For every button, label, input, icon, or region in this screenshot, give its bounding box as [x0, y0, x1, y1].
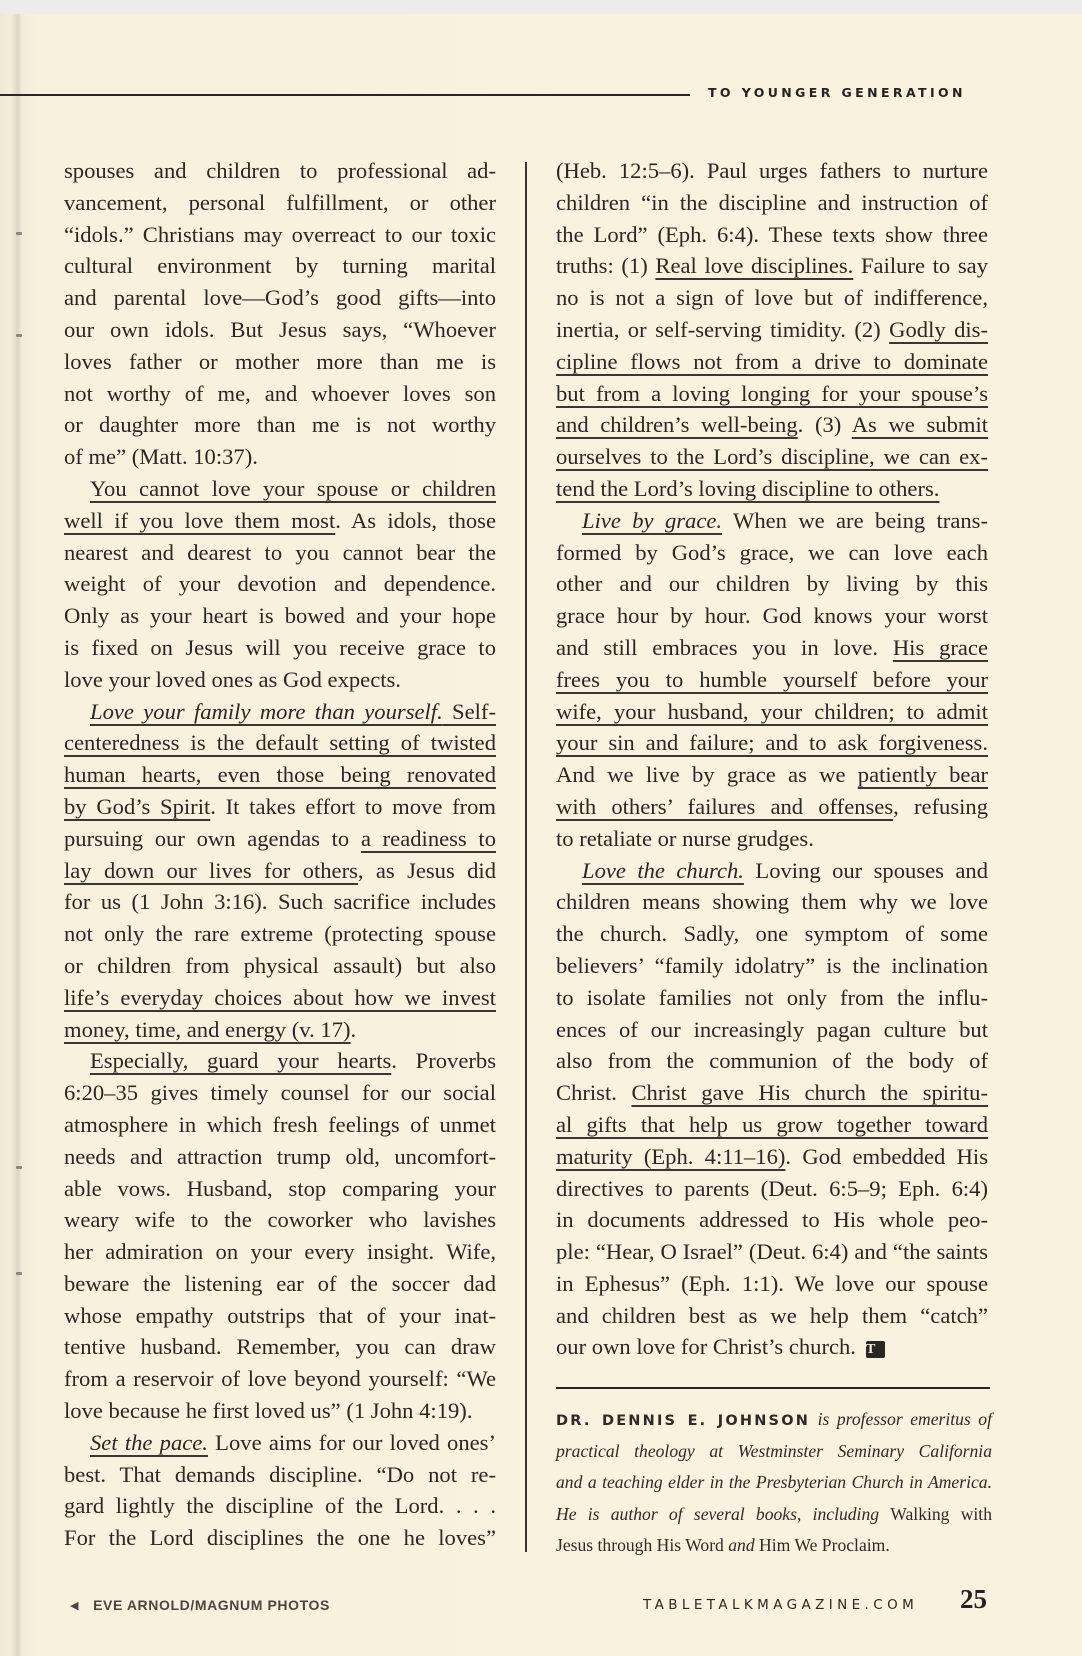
text-line: and still embraces you in love. His grac…	[556, 632, 988, 664]
text-line: formed by God’s grace, we can love each	[556, 537, 988, 569]
text-line: pursuing our own agendas to a readiness …	[64, 823, 496, 855]
right-column: (Heb. 12:5–6). Paul urges fathers to nur…	[556, 155, 988, 1363]
underlined-text: ourselves to the Lord’s discipline, we c…	[556, 444, 988, 469]
text-line: For the Lord disciplines the one he love…	[64, 1522, 496, 1554]
text-line: is fixed on Jesus will you receive grace…	[64, 632, 496, 664]
text-run: truths: (1)	[556, 253, 655, 278]
text-line: And we live by grace as we patiently bea…	[556, 759, 988, 791]
text-line: her admiration on your every insight. Wi…	[64, 1236, 496, 1268]
text-line: children “in the discipline and instruct…	[556, 187, 988, 219]
underlined-text: maturity (Eph. 4:11–16)	[556, 1144, 785, 1169]
text-line: weary wife to the coworker who lavishes	[64, 1204, 496, 1236]
text-line: believers’ “family idolatry” is the incl…	[556, 950, 988, 982]
underlined-text: tend the Lord’s loving discipline to oth…	[556, 476, 939, 501]
text-line: able vows. Husband, stop comparing your	[64, 1173, 496, 1205]
paragraph: (Heb. 12:5–6). Paul urges fathers to nur…	[556, 155, 988, 505]
underlined-text: frees you to humble yourself before your	[556, 667, 988, 692]
photo-credit: ◀EVE ARNOLD/MAGNUM PHOTOS	[70, 1597, 330, 1613]
subhead-lead: Set the pace.	[90, 1430, 208, 1455]
text-line: or daughter more than me is not worthy	[64, 409, 496, 441]
text-line: He is author of several books, including…	[556, 1499, 992, 1531]
text-line: vancement, personal fulfillment, or othe…	[64, 187, 496, 219]
paragraph: Especially, guard your hearts. Proverbs …	[64, 1045, 496, 1427]
paragraph: Love your family more than yourself. Sel…	[64, 696, 496, 1046]
text-line: human hearts, even those being renovated	[64, 759, 496, 791]
text-run: . Proverbs	[391, 1048, 496, 1073]
text-line: from a reservoir of love beyond yourself…	[64, 1363, 496, 1395]
text-run: .	[351, 1017, 357, 1042]
header-rule	[0, 94, 690, 96]
text-line: in documents addressed to His whole peo-	[556, 1204, 988, 1236]
text-line: but from a loving longing for your spous…	[556, 378, 988, 410]
underlined-text: well if you love them most	[64, 508, 335, 533]
text-run: Loving our spouses and	[744, 858, 988, 883]
text-run: pursuing our own agendas to	[64, 826, 361, 851]
book-title: Walking with	[890, 1504, 992, 1524]
text-line: Only as your heart is bowed and your hop…	[64, 600, 496, 632]
text-line: frees you to humble yourself before your	[556, 664, 988, 696]
underlined-text: Christ gave His church the spiritu-	[631, 1080, 988, 1105]
underlined-text: Especially, guard your hearts	[90, 1048, 391, 1073]
text-run: When we are being trans-	[722, 508, 988, 533]
text-line: and parental love—God’s good gifts—into	[64, 282, 496, 314]
subhead-lead: Love the church.	[582, 858, 744, 883]
text-line: al gifts that help us grow together towa…	[556, 1109, 988, 1141]
text-line: Set the pace. Love aims for our loved on…	[64, 1427, 496, 1459]
text-run: and a teaching elder in the Presbyterian…	[556, 1472, 992, 1492]
text-line: tend the Lord’s loving discipline to oth…	[556, 473, 988, 505]
text-line: to isolate families not only from the in…	[556, 982, 988, 1014]
text-line: whose empathy outstrips that of your ina…	[64, 1300, 496, 1332]
underlined-text: His grace	[893, 635, 988, 660]
underlined-text: al gifts that help us grow together towa…	[556, 1112, 988, 1137]
text-line: lay down our lives for others, as Jesus …	[64, 855, 496, 887]
text-run: and still embraces you in love.	[556, 635, 893, 660]
scan-top-edge	[0, 0, 1082, 14]
underlined-text: You cannot love your spouse or children	[90, 476, 496, 501]
text-run: Failure to say	[853, 253, 988, 278]
text-line: Especially, guard your hearts. Proverbs	[64, 1045, 496, 1077]
text-line: the church. Sadly, one symptom of some	[556, 918, 988, 950]
text-run: And we live by grace as we	[556, 762, 858, 787]
text-line: in Ephesus” (Eph. 1:1). We love our spou…	[556, 1268, 988, 1300]
text-line: DR. DENNIS E. JOHNSON is professor emeri…	[556, 1404, 992, 1436]
text-line: and children best as we help them “catch…	[556, 1300, 988, 1332]
text-run: and	[724, 1535, 759, 1555]
text-line: children means showing them why we love	[556, 886, 988, 918]
book-title: Jesus through His Word	[556, 1535, 724, 1555]
text-line: for us (1 John 3:16). Such sacrifice inc…	[64, 886, 496, 918]
underlined-text: patiently bear	[858, 762, 988, 787]
bio-rule	[556, 1387, 990, 1389]
photo-credit-text: EVE ARNOLD/MAGNUM PHOTOS	[93, 1597, 330, 1613]
text-line: your sin and failure; and to ask forgive…	[556, 727, 988, 759]
text-line: love because he first loved us” (1 John …	[64, 1395, 496, 1427]
text-line: gard lightly the discipline of the Lord.…	[64, 1490, 496, 1522]
text-line: ences of our increasingly pagan culture …	[556, 1014, 988, 1046]
text-line: and a teaching elder in the Presbyterian…	[556, 1467, 992, 1499]
text-line: no is not a sign of love but of indiffer…	[556, 282, 988, 314]
underlined-text: life’s everyday choices about how we inv…	[64, 985, 496, 1010]
text-line: not only the rare extreme (protecting sp…	[64, 918, 496, 950]
text-line: Love the church. Loving our spouses and	[556, 855, 988, 887]
text-line: also from the communion of the body of	[556, 1045, 988, 1077]
underlined-text: by God’s Spirit	[64, 794, 210, 819]
left-arrow-icon: ◀	[70, 1599, 79, 1612]
underlined-text: Godly dis-	[889, 317, 988, 342]
text-line: needs and attraction trump old, uncomfor…	[64, 1141, 496, 1173]
text-line: atmosphere in which fresh feelings of un…	[64, 1109, 496, 1141]
underlined-text: your sin and failure; and to ask forgive…	[556, 730, 988, 755]
text-run: He is author of several books, including	[556, 1504, 890, 1524]
text-line: or children from physical assault) but a…	[64, 950, 496, 982]
text-run: our own love for Christ’s church.	[556, 1334, 856, 1359]
text-line: weight of your devotion and dependence.	[64, 568, 496, 600]
binding-mark	[16, 232, 22, 235]
section-label: TO YOUNGER GENERATION	[708, 85, 966, 100]
text-line: Christ. Christ gave His church the spiri…	[556, 1077, 988, 1109]
author-name: DR. DENNIS E. JOHNSON	[556, 1413, 810, 1429]
underlined-text: wife, your husband, your children; to ad…	[556, 699, 988, 724]
binding-mark	[16, 1166, 22, 1169]
text-run: practical theology at Westminster Semina…	[556, 1441, 992, 1461]
underlined-text: Real love disciplines.	[655, 253, 853, 278]
text-line: the Lord” (Eph. 6:4). These texts show t…	[556, 219, 988, 251]
paragraph: spouses and children to professional ad-…	[64, 155, 496, 473]
subhead-lead: Live by grace.	[582, 508, 722, 533]
text-line: well if you love them most. As idols, th…	[64, 505, 496, 537]
tabletalk-end-icon: T	[866, 1341, 885, 1358]
text-line: money, time, and energy (v. 17).	[64, 1014, 496, 1046]
text-line: inertia, or self-serving timidity. (2) G…	[556, 314, 988, 346]
underlined-text: but from a loving longing for your spous…	[556, 381, 988, 406]
paragraph: Set the pace. Love aims for our loved on…	[64, 1427, 496, 1554]
subhead-lead: Love your family more than yourself.	[90, 699, 443, 724]
text-line: (Heb. 12:5–6). Paul urges fathers to nur…	[556, 155, 988, 187]
text-line: maturity (Eph. 4:11–16). God embedded Hi…	[556, 1141, 988, 1173]
underlined-text: a readiness to	[361, 826, 496, 851]
text-line: love your loved ones as God expects.	[64, 664, 496, 696]
text-line: life’s everyday choices about how we inv…	[64, 982, 496, 1014]
text-line: our own idols. But Jesus says, “Whoever	[64, 314, 496, 346]
text-run: inertia, or self-serving timidity. (2)	[556, 317, 889, 342]
text-line: beware the listening ear of the soccer d…	[64, 1268, 496, 1300]
text-run: , refusing	[893, 794, 988, 819]
text-line: spouses and children to professional ad-	[64, 155, 496, 187]
binding-mark	[16, 334, 22, 337]
page-number: 25	[960, 1584, 987, 1615]
text-line: other and our children by living by this	[556, 568, 988, 600]
text-line: directives to parents (Deut. 6:5–9; Eph.…	[556, 1173, 988, 1205]
text-line: tentive husband. Remember, you can draw	[64, 1331, 496, 1363]
text-line: Live by grace. When we are being trans-	[556, 505, 988, 537]
column-divider	[525, 162, 527, 1552]
text-run: Love aims for our loved ones’	[208, 1430, 496, 1455]
text-line: of me” (Matt. 10:37).	[64, 441, 496, 473]
paragraph: Love the church. Loving our spouses and …	[556, 855, 988, 1364]
text-line: to retaliate or nurse grudges.	[556, 823, 988, 855]
underlined-text: human hearts, even those being renovated	[64, 762, 496, 787]
paragraph: You cannot love your spouse or children …	[64, 473, 496, 696]
text-line: by God’s Spirit. It takes effort to move…	[64, 791, 496, 823]
underlined-text: with others’ failures and offenses	[556, 794, 893, 819]
text-line: 6:20–35 gives timely counsel for our soc…	[64, 1077, 496, 1109]
text-line: our own love for Christ’s church.T	[556, 1331, 988, 1363]
text-line: Love your family more than yourself. Sel…	[64, 696, 496, 728]
text-line: best. That demands discipline. “Do not r…	[64, 1459, 496, 1491]
underlined-text: and children’s well-being	[556, 412, 798, 437]
text-line: nearest and dearest to you cannot bear t…	[64, 537, 496, 569]
text-line: Jesus through His Word and Him We Procla…	[556, 1530, 992, 1562]
text-line: truths: (1) Real love disciplines. Failu…	[556, 250, 988, 282]
text-run: . As idols, those	[335, 508, 496, 533]
underlined-text: Self-	[443, 699, 496, 724]
underlined-text: lay down our lives for others	[64, 858, 358, 883]
text-run: . God embedded His	[785, 1144, 988, 1169]
text-line: cipline flows not from a drive to domina…	[556, 346, 988, 378]
binding-mark	[16, 1272, 22, 1275]
underlined-text: money, time, and energy (v. 17)	[64, 1017, 351, 1042]
text-run: is professor emeritus of	[810, 1409, 992, 1429]
text-line: ple: “Hear, O Israel” (Deut. 6:4) and “t…	[556, 1236, 988, 1268]
footer-website: TABLETALKMAGAZINE.COM	[643, 1597, 918, 1613]
paragraph: Live by grace. When we are being trans- …	[556, 505, 988, 855]
text-line: “idols.” Christians may overreact to our…	[64, 219, 496, 251]
underlined-text: centeredness is the default setting of t…	[64, 730, 496, 755]
text-line: centeredness is the default setting of t…	[64, 727, 496, 759]
text-run: .	[885, 1535, 889, 1555]
text-line: grace hour by hour. God knows your worst	[556, 600, 988, 632]
text-line: cultural environment by turning marital	[64, 250, 496, 282]
left-column: spouses and children to professional ad-…	[64, 155, 496, 1554]
text-run: . It takes effort to move from	[210, 794, 496, 819]
underlined-text: cipline flows not from a drive to domina…	[556, 349, 988, 374]
text-line: not worthy of me, and whoever loves son	[64, 378, 496, 410]
text-line: loves father or mother more than me is	[64, 346, 496, 378]
text-line: with others’ failures and offenses, refu…	[556, 791, 988, 823]
text-run: Christ.	[556, 1080, 631, 1105]
text-line: wife, your husband, your children; to ad…	[556, 696, 988, 728]
text-line: practical theology at Westminster Semina…	[556, 1436, 992, 1468]
text-line: ourselves to the Lord’s discipline, we c…	[556, 441, 988, 473]
text-line: You cannot love your spouse or children	[64, 473, 496, 505]
text-run: , as Jesus did	[358, 858, 496, 883]
book-title: Him We Proclaim	[759, 1535, 885, 1555]
author-bio: DR. DENNIS E. JOHNSON is professor emeri…	[556, 1404, 992, 1562]
underlined-text: As we submit	[852, 412, 988, 437]
text-run: . (3)	[798, 412, 852, 437]
text-line: and children’s well-being. (3) As we sub…	[556, 409, 988, 441]
